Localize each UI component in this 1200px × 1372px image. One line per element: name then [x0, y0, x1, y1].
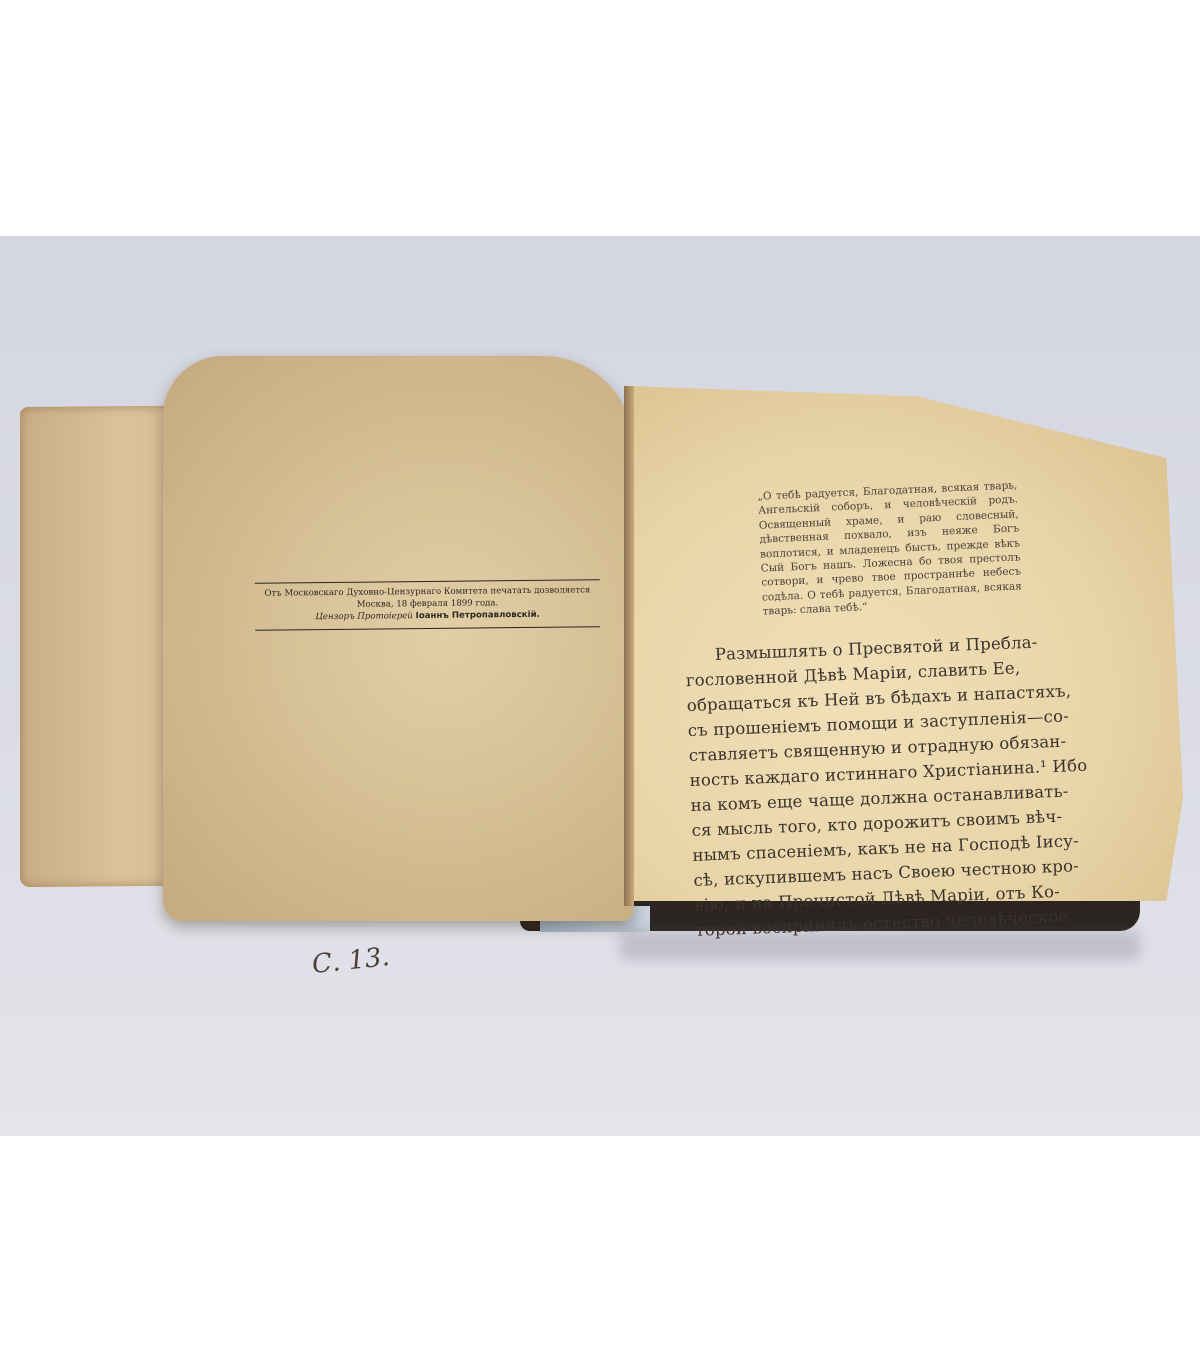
left-page — [163, 356, 633, 921]
signature-title: Цензоръ Протоіерей — [315, 611, 413, 622]
censor-notice: Отъ Московскаго Духовно-Цензурнаго Комит… — [255, 579, 600, 631]
epigraph: „О тебѣ радуется, Благодатная, всякая тв… — [757, 478, 1022, 619]
signature-name: Іоаннъ Петропавловскій. — [416, 610, 540, 621]
book-photo: Отъ Московскаго Духовно-Цензурнаго Комит… — [0, 236, 1200, 1136]
body-text: Размышлять о Пресвятой и Пребла- гослове… — [684, 625, 1165, 943]
handwritten-note: С. 13. — [311, 942, 391, 980]
book-gutter — [624, 386, 634, 906]
censor-signature: Цензоръ Протоіерей Іоаннъ Петропавловскі… — [255, 608, 600, 624]
